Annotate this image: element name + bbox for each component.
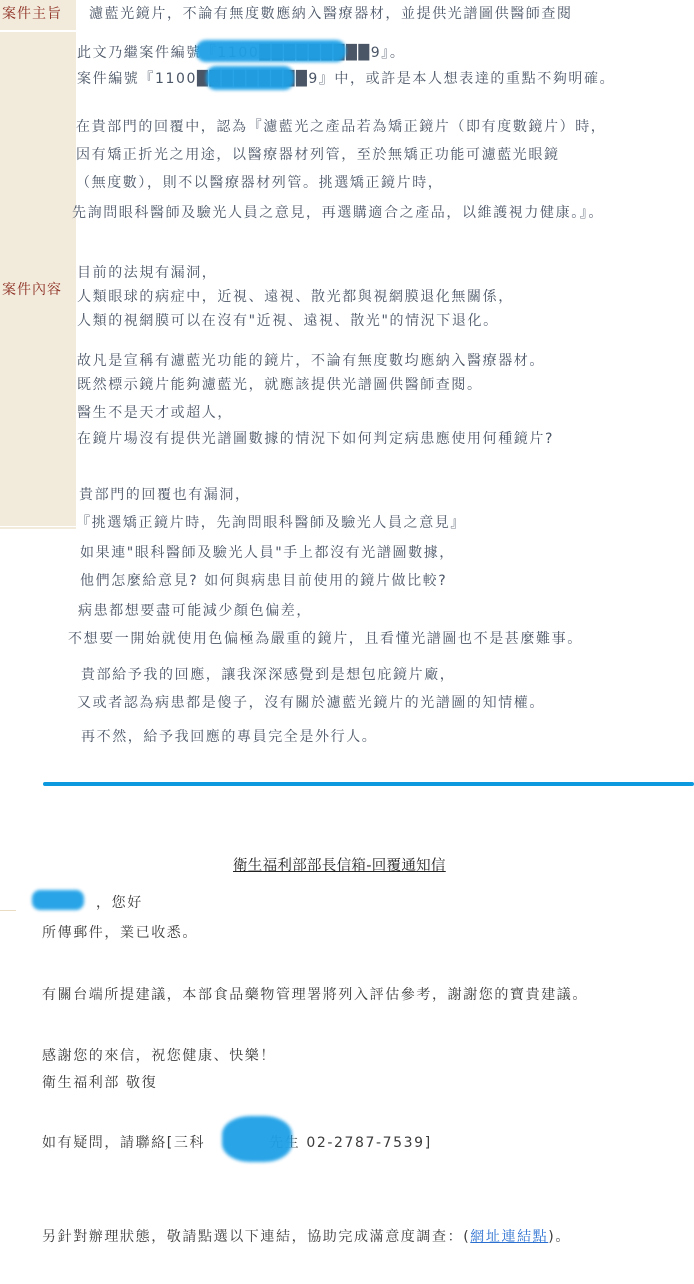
contact-suffix: 先生 02-2787-7539] <box>269 1135 432 1151</box>
content-line: 案件編號『1100█████████9』中，或許是本人想表達的重點不夠明確。 <box>77 68 615 88</box>
content-line: 不想要一開始就使用色偏極為嚴重的鏡片，且看懂光譜圖也不是甚麼難事。 <box>68 628 583 648</box>
content-label: 案件內容 <box>2 279 62 299</box>
received-text: 所傳郵件，業已收悉。 <box>42 922 198 942</box>
content-line: 目前的法規有漏洞， <box>77 262 217 282</box>
content-line: 在鏡片場沒有提供光譜圖數據的情況下如何判定病患應使用何種鏡片? <box>77 428 554 448</box>
content-label-cell: 案件內容 <box>0 32 76 526</box>
content-line: 人類的視網膜可以在沒有"近視、遠視、散光"的情況下退化。 <box>77 310 499 330</box>
survey-link[interactable]: 網址連結點 <box>470 1229 548 1245</box>
content-row: 案件內容 此文乃繼案件編號『1100█████████9』。 案件編號『1100… <box>0 32 694 792</box>
label-column-end <box>0 527 76 529</box>
survey-prefix: 另針對辦理狀態，敬請點選以下連結，協助完成滿意度調查：( <box>42 1229 470 1245</box>
subject-row: 案件主旨 濾藍光鏡片，不論有無度數應納入醫療器材，並提供光譜圖供醫師查閱 <box>0 0 694 32</box>
content-line: 先詢問眼科醫師及驗光人員之意見，再選購適合之產品，以維護視力健康。』。 <box>72 202 604 222</box>
content-line: 既然標示鏡片能夠濾藍光，就應該提供光譜圖供醫師查閱。 <box>77 374 483 394</box>
content-line: 貴部門的回覆也有漏洞， <box>79 484 251 504</box>
content-line: 他們怎麼給意見? 如何與病患目前使用的鏡片做比較? <box>80 570 447 590</box>
content-line: 再不然，給予我回應的專員完全是外行人。 <box>81 726 377 746</box>
content-line: 因有矯正折光之用途，以醫療器材列管，至於無矯正功能可濾藍光眼鏡 <box>76 144 560 164</box>
content-line: 人類眼球的病症中，近視、遠視、散光都與視網膜退化無關係， <box>77 286 514 306</box>
signature: 衛生福利部 敬復 <box>42 1072 157 1092</box>
contact-prefix: 如有疑問，請聯絡[三科 <box>42 1135 205 1151</box>
content-line: 如果連"眼科醫師及驗光人員"手上都沒有光譜圖數據， <box>80 542 455 562</box>
reply-title: 衛生福利部部長信箱-回覆通知信 <box>233 854 446 875</box>
content-line: 病患都想要盡可能減少顏色偏差， <box>78 600 312 620</box>
subject-text: 濾藍光鏡片，不論有無度數應納入醫療器材，並提供光譜圖供醫師查閱 <box>76 0 694 30</box>
subject-label: 案件主旨 <box>0 0 76 30</box>
survey-suffix: )。 <box>548 1229 571 1245</box>
thanks-text: 感謝您的來信，祝您健康、快樂！ <box>42 1045 276 1065</box>
redaction-mark <box>32 890 84 910</box>
redaction-mark <box>206 66 294 90</box>
decorative-line <box>0 910 16 911</box>
greeting: ，您好 <box>96 892 143 912</box>
redaction-mark <box>222 1116 292 1162</box>
content-line: 醫生不是天才或超人， <box>77 402 233 422</box>
content-line: 又或者認為病患都是傻子，沒有關於濾藍光鏡片的光譜圖的知情權。 <box>77 692 545 712</box>
case-table: 案件主旨 濾藍光鏡片，不論有無度數應納入醫療器材，並提供光譜圖供醫師查閱 案件內… <box>0 0 694 792</box>
survey-line: 另針對辦理狀態，敬請點選以下連結，協助完成滿意度調查：(網址連結點)。 <box>42 1226 571 1246</box>
content-body: 此文乃繼案件編號『1100█████████9』。 案件編號『1100█████… <box>76 32 694 792</box>
content-line: 故凡是宣稱有濾藍光功能的鏡片，不論有無度數均應納入醫療器材。 <box>77 350 545 370</box>
content-line: （無度數），則不以醫療器材列管。挑選矯正鏡片時， <box>76 172 443 192</box>
content-line: 在貴部門的回覆中，認為『濾藍光之產品若為矯正鏡片（即有度數鏡片）時， <box>76 116 606 136</box>
content-line: 貴部給予我的回應，讓我深深感覺到是想包庇鏡片廠， <box>81 664 455 684</box>
body-text: 有關台端所提建議，本部食品藥物管理署將列入評估參考，謝謝您的寶貴建議。 <box>42 984 588 1004</box>
redaction-mark <box>196 40 346 62</box>
section-divider <box>43 782 694 786</box>
content-line: 『挑選矯正鏡片時，先詢問眼科醫師及驗光人員之意見』 <box>76 512 466 532</box>
